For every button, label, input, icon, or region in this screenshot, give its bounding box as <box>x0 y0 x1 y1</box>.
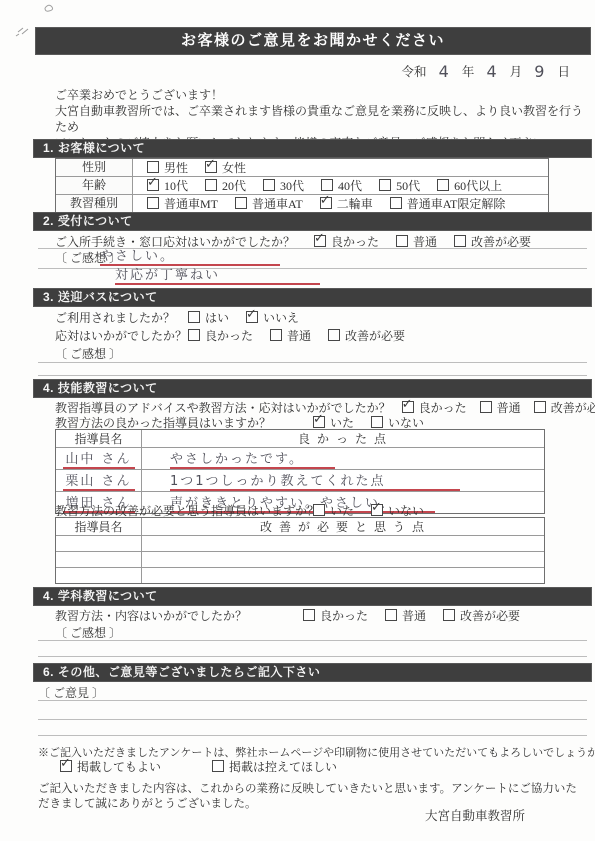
section-heading-bus: 3. 送迎バスについて <box>33 288 592 307</box>
checkbox-icon <box>147 197 159 209</box>
checkbox-option-car-mt: 普通車MT <box>147 195 218 212</box>
checkbox-icon <box>263 179 275 191</box>
section-heading-customer: 1. お客様について <box>33 139 592 158</box>
checkbox-icon <box>205 161 217 173</box>
checkbox-option-age30: 30代 <box>263 177 304 194</box>
checkbox-icon <box>303 609 315 621</box>
bus-comment-label: 〔 ご感想 〕 <box>55 345 121 362</box>
improve-instructor-table: 指導員名 改 善 が 必 要 と 思 う 点 <box>55 517 545 584</box>
checkbox-icon <box>443 609 455 621</box>
table-row-empty <box>56 535 544 551</box>
checkbox-label: 普通車AT限定解除 <box>407 197 506 211</box>
checkbox-icon <box>321 179 333 191</box>
checkbox-label: 改善が必要 <box>551 401 595 415</box>
checkbox-option-yes: はい <box>188 309 229 326</box>
bus-usage-question: ご利用されましたか？ はい いいえ <box>55 309 313 326</box>
question-text: 教習指導員のアドバイスや教習方法・応対はいかがでしたか？ <box>55 401 391 415</box>
date-line: 令和 4年 4月 9日 <box>402 62 571 81</box>
column-header-instructor-name: 指導員名 <box>56 430 142 447</box>
checkbox-label: 二輪車 <box>337 197 373 211</box>
checkbox-option-car-at: 普通車AT <box>235 195 303 212</box>
academic-question: 教習方法・内容はいかがでしたか？ 良かった 普通 改善が必要 <box>55 607 534 624</box>
checkbox-icon <box>235 197 247 209</box>
row-label: 年齢 <box>56 177 133 194</box>
checkbox-option-good: 良かった <box>188 327 253 344</box>
handwritten-good-point: 1つ1つしっかり教えてくれた点 <box>170 470 460 491</box>
checkbox-option-at-limit-release: 普通車AT限定解除 <box>390 195 506 212</box>
checkbox-icon <box>396 235 408 247</box>
checkbox-icon <box>313 416 325 428</box>
row-options: 普通車MT 普通車AT 二輪車 普通車AT限定解除 <box>133 195 548 212</box>
checkbox-option-good: 良かった <box>303 607 368 624</box>
checkbox-label: 普通車AT <box>252 197 303 211</box>
question-text: 応対はいかがでしたか？ <box>55 327 185 344</box>
intro-line: ご卒業おめでとうございます！ <box>55 87 589 103</box>
checkbox-icon <box>437 179 449 191</box>
checkbox-option-male: 男性 <box>147 159 188 176</box>
row-label: 教習種別 <box>56 195 133 212</box>
checkbox-label: 30代 <box>280 179 304 193</box>
checkbox-label: 普通車MT <box>164 197 218 211</box>
academic-comment-label: 〔 ご感想 〕 <box>55 624 121 641</box>
checkbox-label: 40代 <box>338 179 362 193</box>
checkbox-icon <box>379 179 391 191</box>
form-title: お客様のご意見をお聞かせください <box>35 27 591 55</box>
checkbox-option-age10: 10代 <box>147 177 188 194</box>
checkbox-option-motorcycle: 二輪車 <box>320 195 373 212</box>
checkbox-option-age50: 50代 <box>379 177 420 194</box>
handwritten-good-point: やさしかったです。 <box>170 448 335 469</box>
row-options: 男性 女性 <box>133 159 548 176</box>
checkbox-label: 普通 <box>402 609 426 623</box>
checkbox-label: 普通 <box>413 235 437 249</box>
checkbox-option-decline-publication: 掲載は控えてほしい <box>212 758 337 775</box>
handwritten-comment-line2: 対応が丁寧ねい <box>115 264 320 285</box>
checkbox-label: 掲載してもよい <box>77 760 161 774</box>
checkbox-label: いた <box>330 504 354 518</box>
checkbox-label: 改善が必要 <box>460 609 520 623</box>
checkbox-label: 改善が必要 <box>471 235 531 249</box>
row-options: 10代 20代 30代 40代 50代 60代以上 <box>133 177 548 194</box>
checkbox-icon <box>246 311 258 323</box>
table-row-empty <box>56 551 544 567</box>
publication-permission-options: 掲載してもよい 掲載は控えてほしい <box>60 758 351 775</box>
checkbox-option-needs-improvement: 改善が必要 <box>534 399 595 416</box>
handwritten-instructor-name: 山中 さん <box>63 448 135 469</box>
date-day-unit: 日 <box>557 65 570 79</box>
table-row-instructor: 山中 さん やさしかったです。 <box>56 447 544 469</box>
customer-info-table: 性別 男性 女性 年齢 10代 20代 30代 40代 50代 60代以上 教習… <box>55 158 549 213</box>
checkbox-icon <box>270 329 282 341</box>
checkbox-label: いない <box>388 504 424 518</box>
table-header-row: 指導員名 改 善 が 必 要 と 思 う 点 <box>56 518 544 535</box>
checkbox-label: 良かった <box>320 609 368 623</box>
handwritten-comment-line1: やさしい。 <box>100 245 280 266</box>
checkbox-option-allow-publication: 掲載してもよい <box>60 758 161 775</box>
other-comment-label: 〔 ご意見 〕 <box>38 684 104 701</box>
checkbox-label: 50代 <box>396 179 420 193</box>
date-month-value: 4 <box>486 62 496 81</box>
checkbox-label: 60代以上 <box>454 179 502 193</box>
bus-service-question: 応対はいかがでしたか？ 良かった 普通 改善が必要 <box>55 327 419 344</box>
date-era-label: 令和 <box>402 65 427 79</box>
date-day-value: 9 <box>534 62 544 81</box>
checkbox-option-normal: 普通 <box>385 607 426 624</box>
checkbox-label: いた <box>330 416 354 430</box>
checkbox-label: 普通 <box>497 401 521 415</box>
handwritten-instructor-name: 栗山 さん <box>63 470 135 491</box>
date-year-unit: 年 <box>462 65 475 79</box>
date-month-unit: 月 <box>510 65 523 79</box>
row-label: 性別 <box>56 159 133 176</box>
table-row-age: 年齢 10代 20代 30代 40代 50代 60代以上 <box>56 176 548 194</box>
checkbox-option-normal: 普通 <box>480 399 521 416</box>
column-header-instructor-name: 指導員名 <box>56 518 142 535</box>
checkbox-icon <box>188 311 200 323</box>
checkbox-label: 掲載は控えてほしい <box>229 760 337 774</box>
checkbox-option-age40: 40代 <box>321 177 362 194</box>
school-signature: 大宮自動車教習所 <box>425 806 525 824</box>
date-year-value: 4 <box>439 62 449 81</box>
checkbox-icon <box>147 179 159 191</box>
checkbox-option-female: 女性 <box>205 159 246 176</box>
section-heading-skill: 4. 技能教習について <box>33 379 592 398</box>
checkbox-icon <box>320 197 332 209</box>
checkbox-label: はい <box>205 311 229 325</box>
checkbox-option-normal: 普通 <box>270 327 311 344</box>
checkbox-icon <box>212 760 224 772</box>
checkbox-label: 改善が必要 <box>345 329 405 343</box>
column-header-good-point: 良 か っ た 点 <box>142 430 544 447</box>
checkbox-icon <box>480 401 492 413</box>
checkbox-icon <box>60 760 72 772</box>
checkbox-label: 良かった <box>331 235 379 249</box>
checkbox-label: 10代 <box>164 179 188 193</box>
checkbox-label: 普通 <box>287 329 311 343</box>
checkbox-icon <box>188 329 200 341</box>
checkbox-icon <box>314 235 326 247</box>
checkbox-icon <box>313 504 325 516</box>
checkbox-icon <box>371 504 383 516</box>
table-header-row: 指導員名 良 か っ た 点 <box>56 430 544 447</box>
checkbox-option-needs-improvement: 改善が必要 <box>328 327 405 344</box>
checkbox-option-age60: 60代以上 <box>437 177 502 194</box>
checkbox-icon <box>371 416 383 428</box>
intro-line: 大宮自動車教習所では、ご卒業されます皆様の貴重なご意見を業務に反映し、より良い教… <box>55 103 589 135</box>
table-row-gender: 性別 男性 女性 <box>56 159 548 176</box>
checkbox-option-age20: 20代 <box>205 177 246 194</box>
table-row-course-type: 教習種別 普通車MT 普通車AT 二輪車 普通車AT限定解除 <box>56 194 548 212</box>
question-text: ご利用されましたか？ <box>55 309 185 326</box>
checkbox-icon <box>454 235 466 247</box>
table-row-empty <box>56 567 544 583</box>
checkbox-icon <box>328 329 340 341</box>
checkbox-option-no: いいえ <box>246 309 299 326</box>
checkbox-label: 良かった <box>205 329 253 343</box>
checkbox-label: 男性 <box>164 161 188 175</box>
table-row-instructor: 栗山 さん 1つ1つしっかり教えてくれた点 <box>56 469 544 491</box>
checkbox-label: いいえ <box>263 311 299 325</box>
checkbox-label: 女性 <box>222 161 246 175</box>
checkbox-label: 20代 <box>222 179 246 193</box>
section-heading-other: 6. その他、ご意見等ございましたらご記入下さい <box>33 663 592 682</box>
section-heading-academic: 4. 学科教習について <box>33 587 592 606</box>
checkbox-label: いない <box>388 416 424 430</box>
checkbox-icon <box>385 609 397 621</box>
checkbox-icon <box>205 179 217 191</box>
checkbox-icon <box>402 401 414 413</box>
checkbox-icon <box>534 401 546 413</box>
checkbox-option-needs-improvement: 改善が必要 <box>443 607 520 624</box>
checkbox-icon <box>147 161 159 173</box>
checkbox-icon <box>390 197 402 209</box>
column-header-improve-point: 改 善 が 必 要 と 思 う 点 <box>142 518 544 535</box>
checkbox-label: 良かった <box>419 401 467 415</box>
question-text: 教習方法・内容はいかがでしたか？ <box>55 607 300 624</box>
section-heading-reception: 2. 受付について <box>33 212 592 231</box>
